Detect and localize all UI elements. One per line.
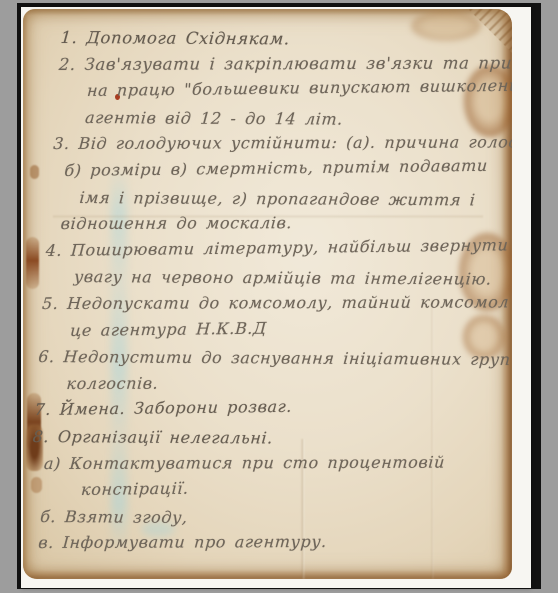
handwritten-line: в. Інформувати про агентуру.	[37, 529, 481, 557]
handwritten-line: це агентура Н.К.В.Д	[69, 312, 496, 344]
handwritten-line: конспірації.	[80, 472, 485, 504]
worn-edge-left	[23, 9, 28, 579]
notebook-page: 1. Допомога Східнякам.2. Зав'язувати і з…	[23, 9, 512, 579]
handwritten-line: б) розміри в) смертність, притім подават…	[64, 153, 508, 185]
handwritten-line: 4. Поширювати літературу, найбільш зверн…	[45, 232, 502, 264]
worn-edge-bottom	[23, 570, 512, 579]
scanned-page-photo: 1. Допомога Східнякам.2. Зав'язувати і з…	[0, 0, 558, 593]
handwritten-line: на працю "большевики випускают вишколени…	[86, 73, 512, 105]
handwritten-line: 7. Ймена. Заборони розваг.	[34, 392, 491, 424]
binding-rust-mark	[30, 165, 39, 179]
binding-rust-mark	[26, 237, 39, 289]
handwritten-text-block: 1. Допомога Східнякам.2. Зав'язувати і з…	[24, 25, 512, 557]
